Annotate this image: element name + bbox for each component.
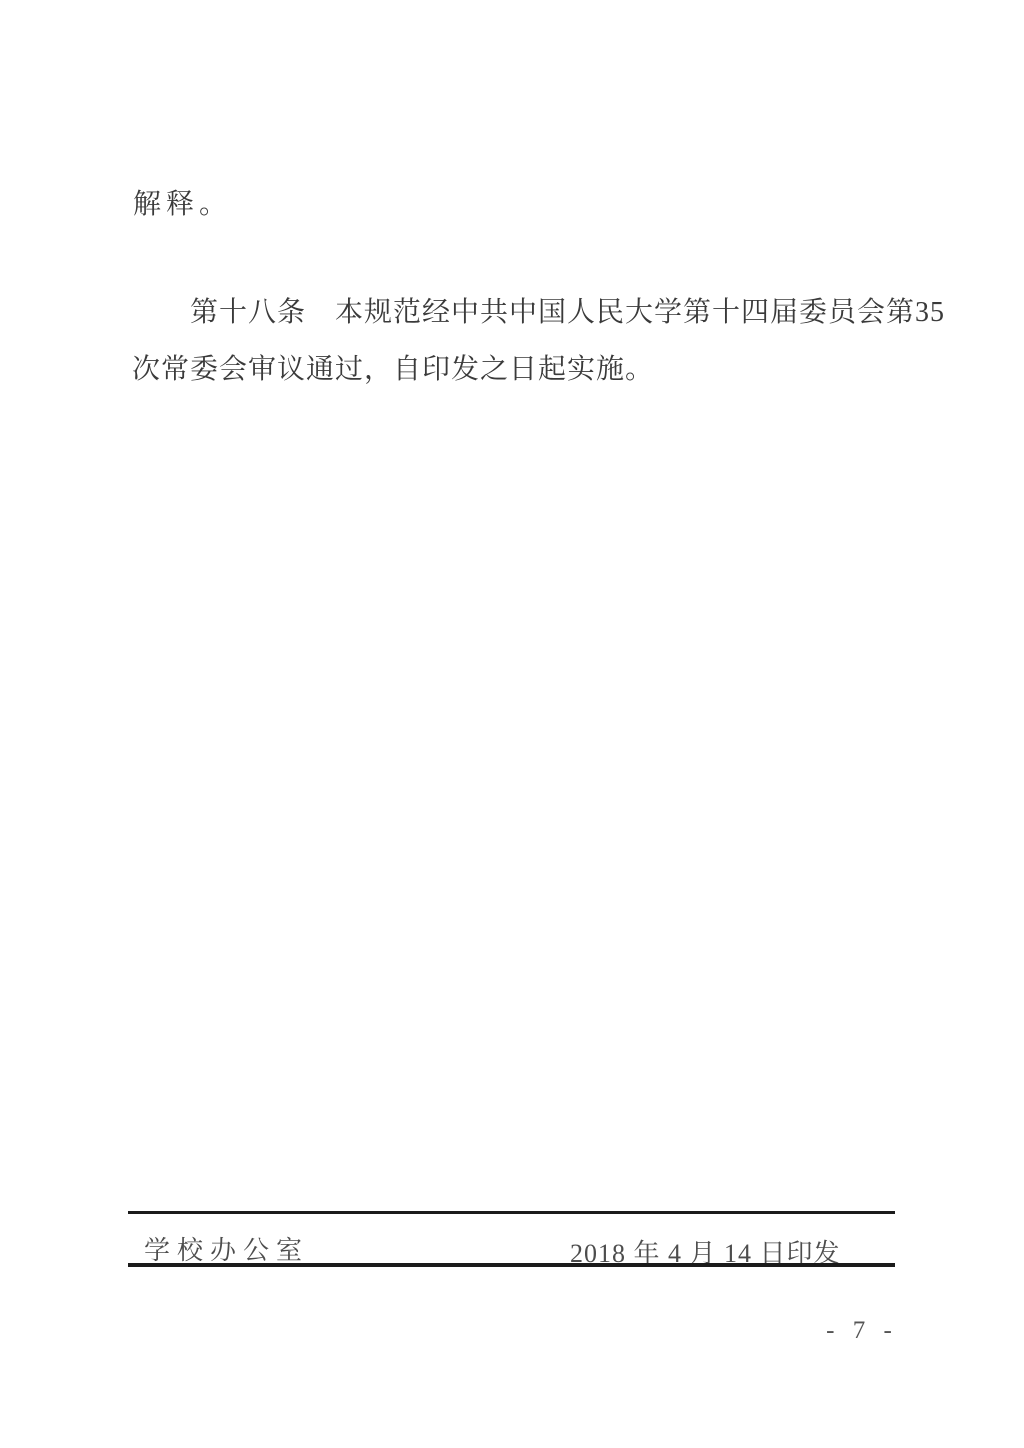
document-page: 解释。 第十八条 本规范经中共中国人民大学第十四届委员会第35 次常委会审议通过… [0,0,1024,1448]
article-18-line-2: 次常委会审议通过，自印发之日起实施。 [132,356,654,384]
footer-rule-bottom [128,1263,895,1267]
footer-issuer-office: 学校办公室 [144,1230,309,1267]
page-number: - 7 - [822,1317,902,1345]
footer-rule-top [128,1211,895,1214]
paragraph-closing-text: 解释。 [133,191,232,219]
article-18-line-1: 第十八条 本规范经中共中国人民大学第十四届委员会第35 [190,299,945,327]
